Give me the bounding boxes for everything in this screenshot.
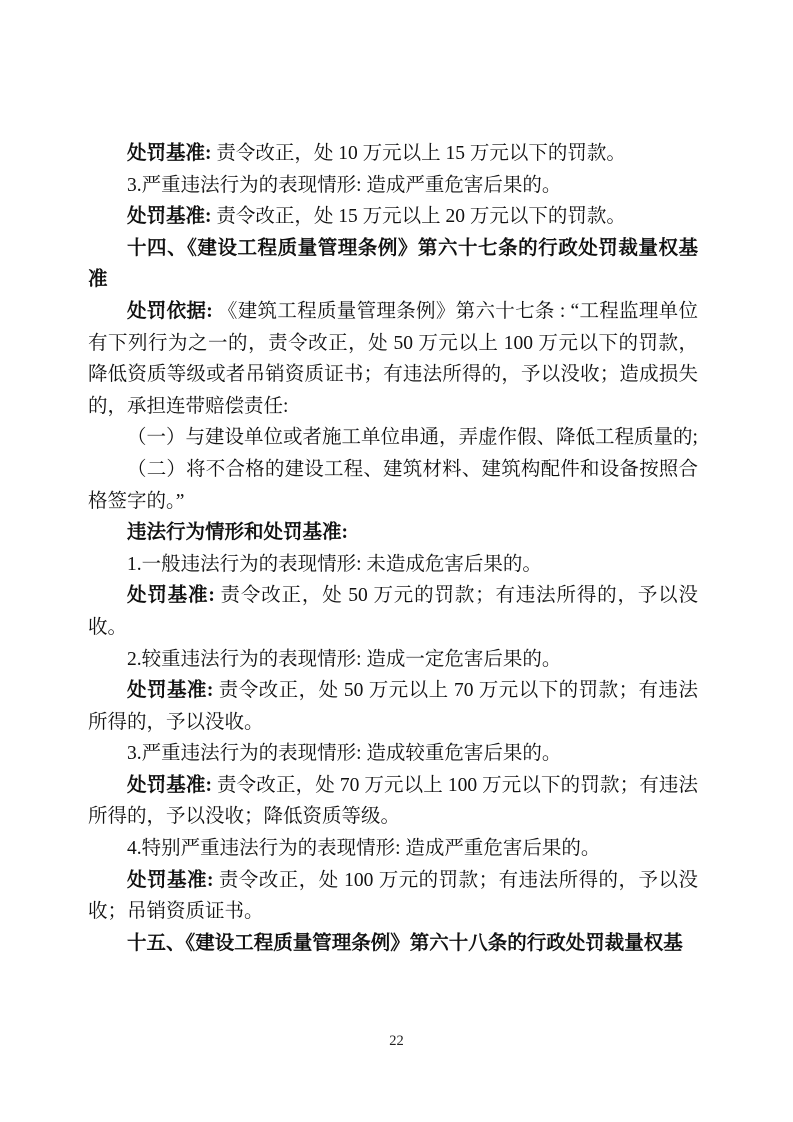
section-heading: 十四、《建设工程质量管理条例》第六十七条的行政处罚裁量权基准 xyxy=(88,233,698,296)
paragraph-text: 1.一般违法行为的表现情形: 未造成危害后果的。 xyxy=(127,554,542,575)
paragraph-label: 处罚基准: xyxy=(127,680,213,701)
section-heading: 十五、《建设工程质量管理条例》第六十八条的行政处罚裁量权基 xyxy=(88,928,698,960)
paragraph-text: 责令改正，处 15 万元以上 20 万元以下的罚款。 xyxy=(212,206,626,227)
page-number: 22 xyxy=(0,1033,793,1050)
paragraph: 处罚基准: 责令改正，处 15 万元以上 20 万元以下的罚款。 xyxy=(88,201,698,233)
document-body: 处罚基准: 责令改正，处 10 万元以上 15 万元以下的罚款。 3.严重违法行… xyxy=(88,138,698,959)
paragraph-text: 3.严重违法行为的表现情形: 造成较重危害后果的。 xyxy=(127,743,561,764)
heading-text: 违法行为情形和处罚基准: xyxy=(127,522,348,543)
paragraph: 处罚基准: 责令改正，处 50 万元以上 70 万元以下的罚款；有违法所得的，予… xyxy=(88,675,698,738)
paragraph: （二）将不合格的建设工程、建筑材料、建筑构配件和设备按照合格签字的。” xyxy=(88,454,698,517)
paragraph: 3.严重违法行为的表现情形: 造成较重危害后果的。 xyxy=(88,738,698,770)
paragraph-text: 责令改正，处 10 万元以上 15 万元以下的罚款。 xyxy=(212,143,626,164)
heading-text: 十五、《建设工程质量管理条例》第六十八条的行政处罚裁量权基 xyxy=(127,933,683,954)
paragraph: 处罚依据: 《建筑工程质量管理条例》第六十七条 : “工程监理单位有下列行为之一… xyxy=(88,296,698,422)
paragraph: 处罚基准: 责令改正，处 10 万元以上 15 万元以下的罚款。 xyxy=(88,138,698,170)
paragraph-label: 处罚基准: xyxy=(127,775,212,796)
paragraph-label: 处罚基准: xyxy=(127,143,212,164)
paragraph-text: （一）与建设单位或者施工单位串通，弄虚作假、降低工程质量的; xyxy=(127,427,698,448)
paragraph: 3.严重违法行为的表现情形: 造成严重危害后果的。 xyxy=(88,170,698,202)
paragraph: 4.特别严重违法行为的表现情形: 造成严重危害后果的。 xyxy=(88,833,698,865)
paragraph-text: 2.较重违法行为的表现情形: 造成一定危害后果的。 xyxy=(127,649,561,670)
paragraph-text: （二）将不合格的建设工程、建筑材料、建筑构配件和设备按照合格签字的。” xyxy=(88,459,698,512)
paragraph: 处罚基准: 责令改正，处 70 万元以上 100 万元以下的罚款；有违法所得的，… xyxy=(88,770,698,833)
paragraph: 1.一般违法行为的表现情形: 未造成危害后果的。 xyxy=(88,549,698,581)
paragraph-text: 3.严重违法行为的表现情形: 造成严重危害后果的。 xyxy=(127,175,561,196)
paragraph-label: 处罚基准: xyxy=(127,206,212,227)
paragraph: 2.较重违法行为的表现情形: 造成一定危害后果的。 xyxy=(88,644,698,676)
paragraph-label: 处罚基准: xyxy=(127,870,213,891)
paragraph-label: 处罚依据: xyxy=(127,301,213,322)
paragraph-text: 4.特别严重违法行为的表现情形: 造成严重危害后果的。 xyxy=(127,838,600,859)
paragraph: （一）与建设单位或者施工单位串通，弄虚作假、降低工程质量的; xyxy=(88,422,698,454)
paragraph-label: 处罚基准: xyxy=(127,585,215,606)
sub-heading: 违法行为情形和处罚基准: xyxy=(88,517,698,549)
paragraph: 处罚基准: 责令改正，处 100 万元的罚款；有违法所得的，予以没收；吊销资质证… xyxy=(88,865,698,928)
paragraph: 处罚基准: 责令改正，处 50 万元的罚款；有违法所得的，予以没收。 xyxy=(88,580,698,643)
heading-text: 十四、《建设工程质量管理条例》第六十七条的行政处罚裁量权基准 xyxy=(88,238,698,291)
document-page: 处罚基准: 责令改正，处 10 万元以上 15 万元以下的罚款。 3.严重违法行… xyxy=(0,0,793,1122)
